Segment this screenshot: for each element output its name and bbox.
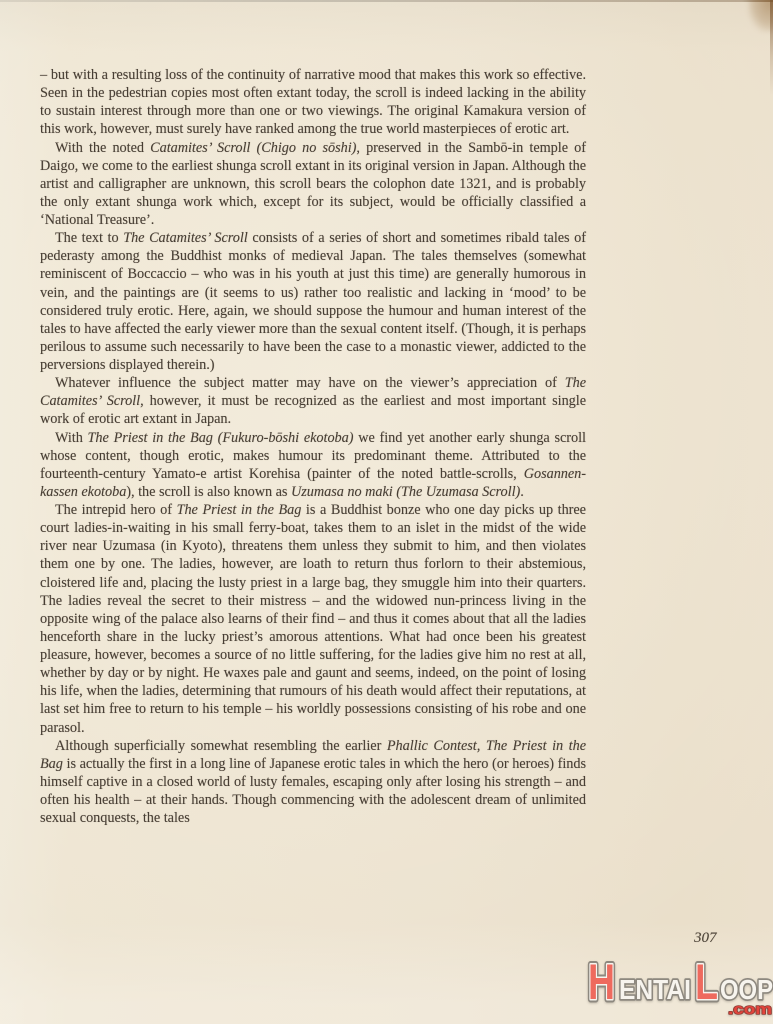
work-title: The Priest in the Bag	[177, 502, 302, 518]
body-text: Whatever influence the subject matter ma…	[55, 375, 565, 391]
body-text: .	[520, 484, 524, 500]
work-title: The Priest in the Bag (Fukuro-bōshi ekot…	[88, 430, 354, 446]
body-text: The intrepid hero of	[55, 502, 177, 518]
body-text: ), the scroll is also known as	[126, 484, 291, 500]
body-text: The text to	[55, 230, 123, 246]
body-text: is actually the first in a long line of …	[40, 756, 586, 826]
page-text-column: – but with a resulting loss of the conti…	[40, 66, 586, 827]
body-text: Although superficially somewhat resembli…	[55, 738, 387, 754]
paragraph: With the noted Catamites’ Scroll (Chigo …	[40, 139, 586, 230]
body-text: – but with a resulting loss of the conti…	[40, 67, 586, 137]
watermark-logo-icon: H H ENTAI L L OOP .com	[586, 956, 773, 1020]
body-text: consists of a series of short and someti…	[40, 230, 586, 373]
paragraph: – but with a resulting loss of the conti…	[40, 66, 586, 139]
paragraph: Whatever influence the subject matter ma…	[40, 374, 586, 428]
page-number: 307	[694, 930, 717, 947]
book-page: – but with a resulting loss of the conti…	[0, 0, 773, 1024]
paragraph: The text to The Catamites’ Scroll consis…	[40, 229, 586, 374]
work-title: Uzumasa no maki (The Uzumasa Scroll)	[291, 484, 520, 500]
paragraph: The intrepid hero of The Priest in the B…	[40, 501, 586, 737]
paragraph: With The Priest in the Bag (Fukuro-bōshi…	[40, 429, 586, 502]
work-title: The Catamites’ Scroll	[123, 230, 248, 246]
watermark-text-entai: ENTAI	[619, 974, 691, 1005]
body-text: is a Buddhist bonze who one day picks up…	[40, 502, 586, 736]
hentailoop-watermark: H H ENTAI L L OOP .com	[586, 956, 773, 1020]
watermark-letter-h: H	[588, 956, 615, 1010]
paragraph: Although superficially somewhat resembli…	[40, 737, 586, 828]
watermark-letter-l: L	[695, 956, 718, 1010]
page-top-edge	[0, 0, 773, 2]
body-text: With the noted	[55, 140, 150, 156]
body-text: With	[55, 430, 88, 446]
work-title: Catamites’ Scroll (Chigo no sōshi)	[150, 140, 356, 156]
watermark-suffix-com: .com	[728, 1001, 772, 1018]
